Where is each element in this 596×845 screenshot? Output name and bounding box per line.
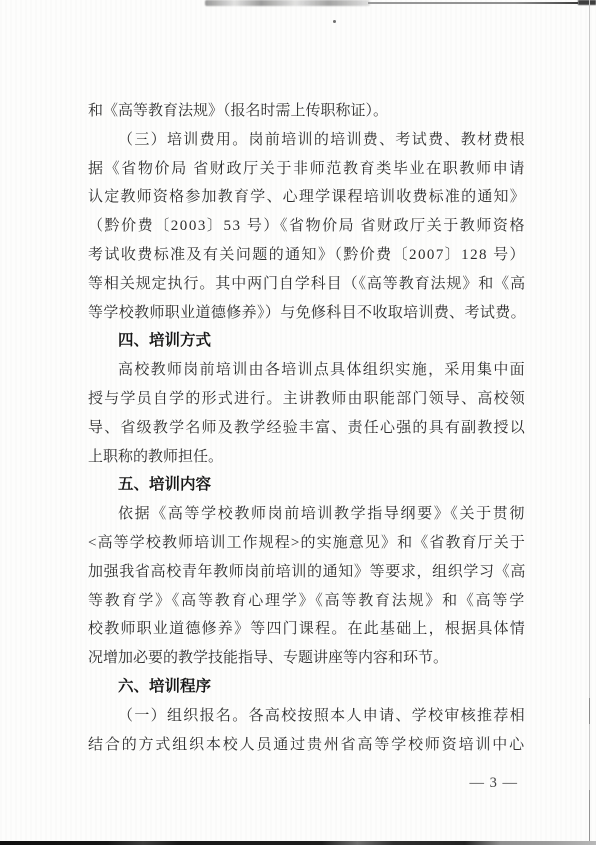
- text-line: （三）培训费用。岗前培训的培训费、考试费、教材费根: [88, 126, 526, 155]
- scan-vertical-line-artifact: [589, 698, 590, 724]
- document-page: 和《高等教育法规》（报名时需上传职称证）。 （三）培训费用。岗前培训的培训费、考…: [0, 0, 596, 845]
- text-line: 依据《高等学校教师岗前培训教学指导纲要》《关于贯彻: [88, 500, 526, 529]
- section-heading: 五、培训内容: [88, 471, 526, 500]
- text-line: 据《省物价局 省财政厅关于非师范教育类毕业在职教师申请: [88, 155, 526, 184]
- text-line: 等教育学》《高等教育心理学》《高等教育法规》和《高等学: [88, 587, 526, 616]
- text-line: <高等学校教师培训工作规程>的实施意见》和《省教育厅关于: [88, 529, 526, 558]
- scan-bottom-band-artifact: [0, 841, 596, 845]
- section-heading: 四、培训方式: [88, 327, 526, 356]
- scan-hairline-artifact: [368, 2, 578, 4]
- scan-vertical-line-artifact: [589, 790, 590, 845]
- text-line: 高校教师岗前培训由各培训点具体组织实施，采用集中面: [88, 356, 526, 385]
- section-heading: 六、培训程序: [88, 673, 526, 702]
- text-line: 等学校教师职业道德修养》）与免修科目不收取培训费、考试费。: [88, 299, 526, 328]
- text-line: （黔价费〔2003〕53 号）《省物价局 省财政厅关于教师资格: [88, 212, 526, 241]
- page-number: — 3 —: [470, 773, 519, 793]
- text-line: 结合的方式组织本校人员通过贵州省高等学校师资培训中心: [88, 731, 526, 760]
- text-line: 上职称的教师担任。: [88, 443, 526, 472]
- scan-corner-artifact: [578, 0, 596, 5]
- text-line: 等相关规定执行。其中两门自学科目（《高等教育法规》和《高: [88, 270, 526, 299]
- document-body: 和《高等教育法规》（报名时需上传职称证）。 （三）培训费用。岗前培训的培训费、考…: [88, 97, 526, 759]
- text-line: 加强我省高校青年教师岗前培训的通知》等要求，组织学习《高: [88, 558, 526, 587]
- text-line: 认定教师资格参加教育学、心理学课程培训收费标准的通知》: [88, 183, 526, 212]
- text-line: 况增加必要的教学技能指导、专题讲座等内容和环节。: [88, 644, 526, 673]
- scan-speck-artifact: [333, 20, 336, 23]
- text-line: （一）组织报名。各高校按照本人申请、学校审核推荐相: [88, 702, 526, 731]
- text-line: 导、省级教学名师及教学经验丰富、责任心强的具有副教授以: [88, 414, 526, 443]
- text-line: 校教师职业道德修养》等四门课程。在此基础上，根据具体情: [88, 615, 526, 644]
- text-line: 考试收费标准及有关问题的通知》（黔价费〔2007〕128 号）: [88, 241, 526, 270]
- text-line: 授与学员自学的形式进行。主讲教师由职能部门领导、高校领: [88, 385, 526, 414]
- scan-smudge-artifact: [205, 0, 370, 6]
- text-line: 和《高等教育法规》（报名时需上传职称证）。: [88, 97, 526, 126]
